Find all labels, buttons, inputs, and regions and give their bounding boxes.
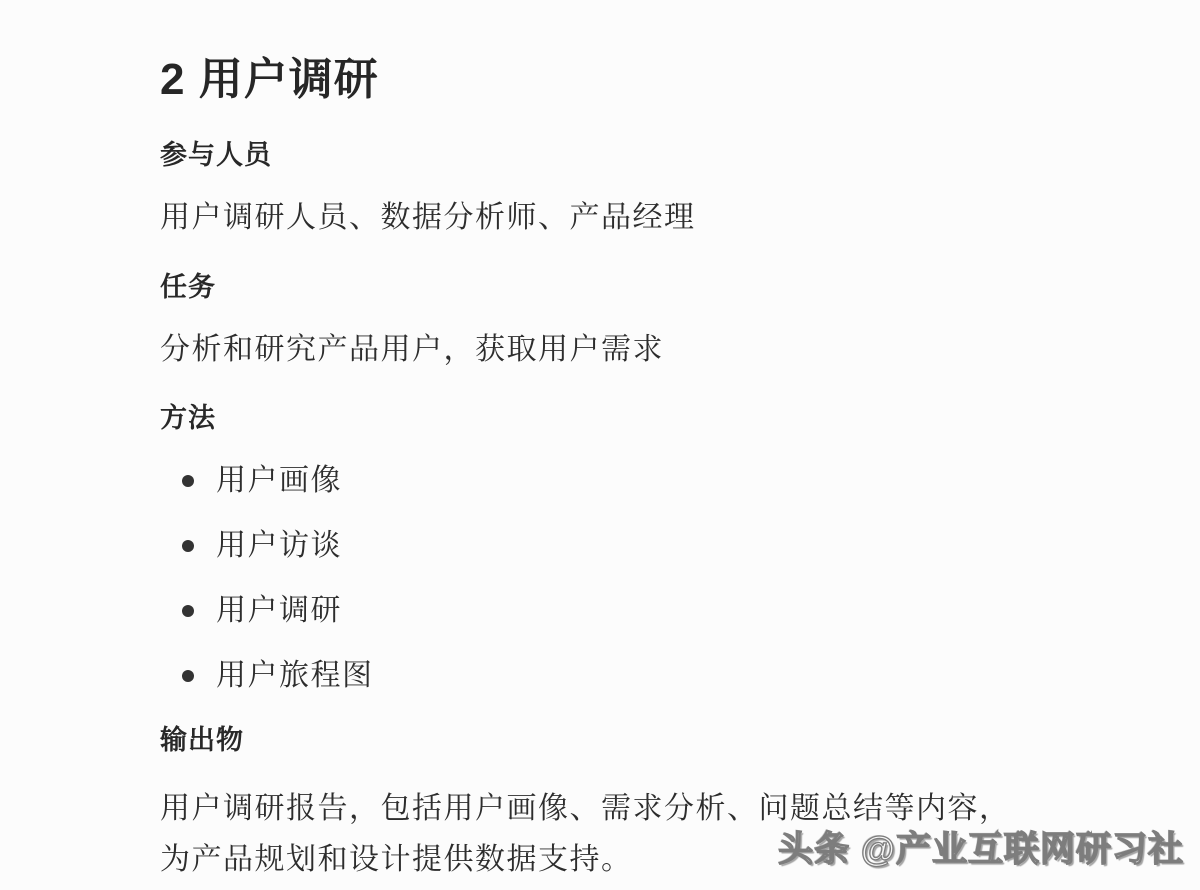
bullet-icon xyxy=(182,605,194,617)
list-item: 用户旅程图 xyxy=(182,656,1050,696)
list-item: 用户画像 xyxy=(182,461,1050,501)
document-content: 2 用户调研 参与人员 用户调研人员、数据分析师、产品经理 任务 分析和研究产品… xyxy=(160,52,1050,885)
tasks-paragraph: 分析和研究产品用户，获取用户需求 xyxy=(160,330,1050,371)
list-item: 用户访谈 xyxy=(182,526,1050,566)
participants-paragraph: 用户调研人员、数据分析师、产品经理 xyxy=(160,198,1050,239)
section-heading-participants: 参与人员 xyxy=(160,138,1050,173)
section-heading-outputs: 输出物 xyxy=(160,723,1050,758)
methods-bullet-list: 用户画像 用户访谈 用户调研 用户旅程图 xyxy=(160,461,1050,696)
section-heading-tasks: 任务 xyxy=(160,270,1050,305)
list-item: 用户调研 xyxy=(182,591,1050,631)
toutiao-watermark: 头条 @产业互联网研习社 xyxy=(778,822,1184,872)
section-heading-methods: 方法 xyxy=(160,401,1050,436)
list-item-label: 用户旅程图 xyxy=(216,659,374,692)
bullet-icon xyxy=(182,670,194,682)
list-item-label: 用户调研 xyxy=(216,594,342,627)
bullet-icon xyxy=(182,540,194,552)
bullet-icon xyxy=(182,475,194,487)
page-title: 2 用户调研 xyxy=(160,52,1050,107)
list-item-label: 用户画像 xyxy=(216,464,342,497)
list-item-label: 用户访谈 xyxy=(216,529,342,562)
